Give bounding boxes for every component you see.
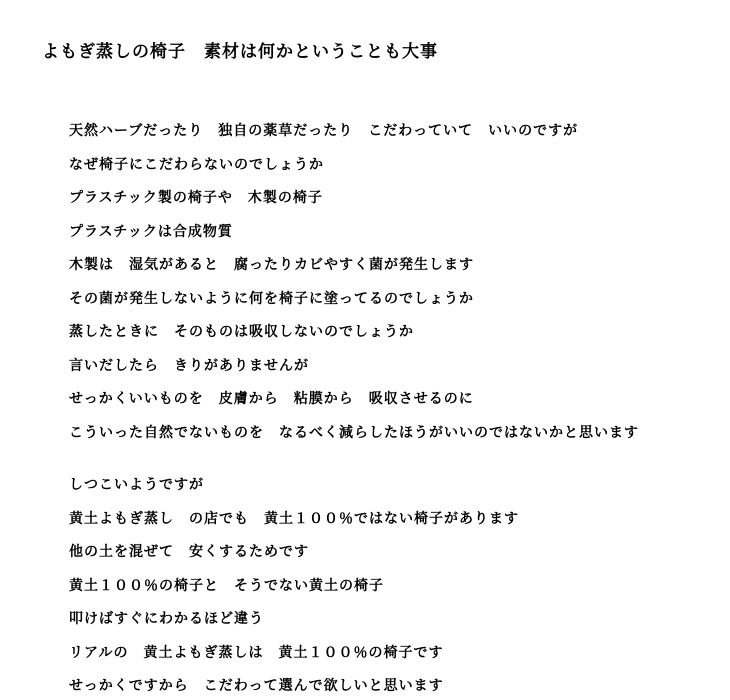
text-line: せっかくいいものを 皮膚から 粘膜から 吸収させるのに [69, 382, 730, 416]
text-line: リアルの 黄土よもぎ蒸しは 黄土１００％の椅子です [69, 636, 730, 670]
page-title: よもぎ蒸しの椅子 素材は何かということも大事 [0, 0, 730, 64]
text-line: 言いだしたら きりがありませんが [69, 349, 730, 383]
text-line: その菌が発生しないように何を椅子に塗ってるのでしょうか [69, 282, 730, 316]
text-line: せっかくですから こだわって選んで欲しいと思います [69, 669, 730, 700]
text-line: プラスチックは合成物質 [69, 215, 730, 249]
text-line: 黄土１００％の椅子と そうでない黄土の椅子 [69, 569, 730, 603]
text-line: 叩けばすぐにわかるほど違う [69, 602, 730, 636]
text-line: 黄土よもぎ蒸し の店でも 黄土１００％ではない椅子があります [69, 502, 730, 536]
text-line: 他の土を混ぜて 安くするためです [69, 535, 730, 569]
text-line: なぜ椅子にこだわらないのでしょうか [69, 148, 730, 182]
paragraph-spacer [69, 449, 730, 468]
paragraph-1: 天然ハーブだったり 独自の薬草だったり こだわっていて いいのですが なぜ椅子に… [69, 114, 730, 449]
text-line: 天然ハーブだったり 独自の薬草だったり こだわっていて いいのですが [69, 114, 730, 148]
body-text: 天然ハーブだったり 独自の薬草だったり こだわっていて いいのですが なぜ椅子に… [69, 114, 730, 700]
paragraph-2: しつこいようですが 黄土よもぎ蒸し の店でも 黄土１００％ではない椅子があります… [69, 468, 730, 700]
document-page: よもぎ蒸しの椅子 素材は何かということも大事 天然ハーブだったり 独自の薬草だっ… [0, 0, 730, 700]
text-line: こういった自然でないものを なるべく減らしたほうがいいのではないかと思います [69, 416, 730, 450]
text-line: しつこいようですが [69, 468, 730, 502]
text-line: 木製は 湿気があると 腐ったりカビやすく菌が発生します [69, 248, 730, 282]
text-line: プラスチック製の椅子や 木製の椅子 [69, 181, 730, 215]
text-line: 蒸したときに そのものは吸収しないのでしょうか [69, 315, 730, 349]
